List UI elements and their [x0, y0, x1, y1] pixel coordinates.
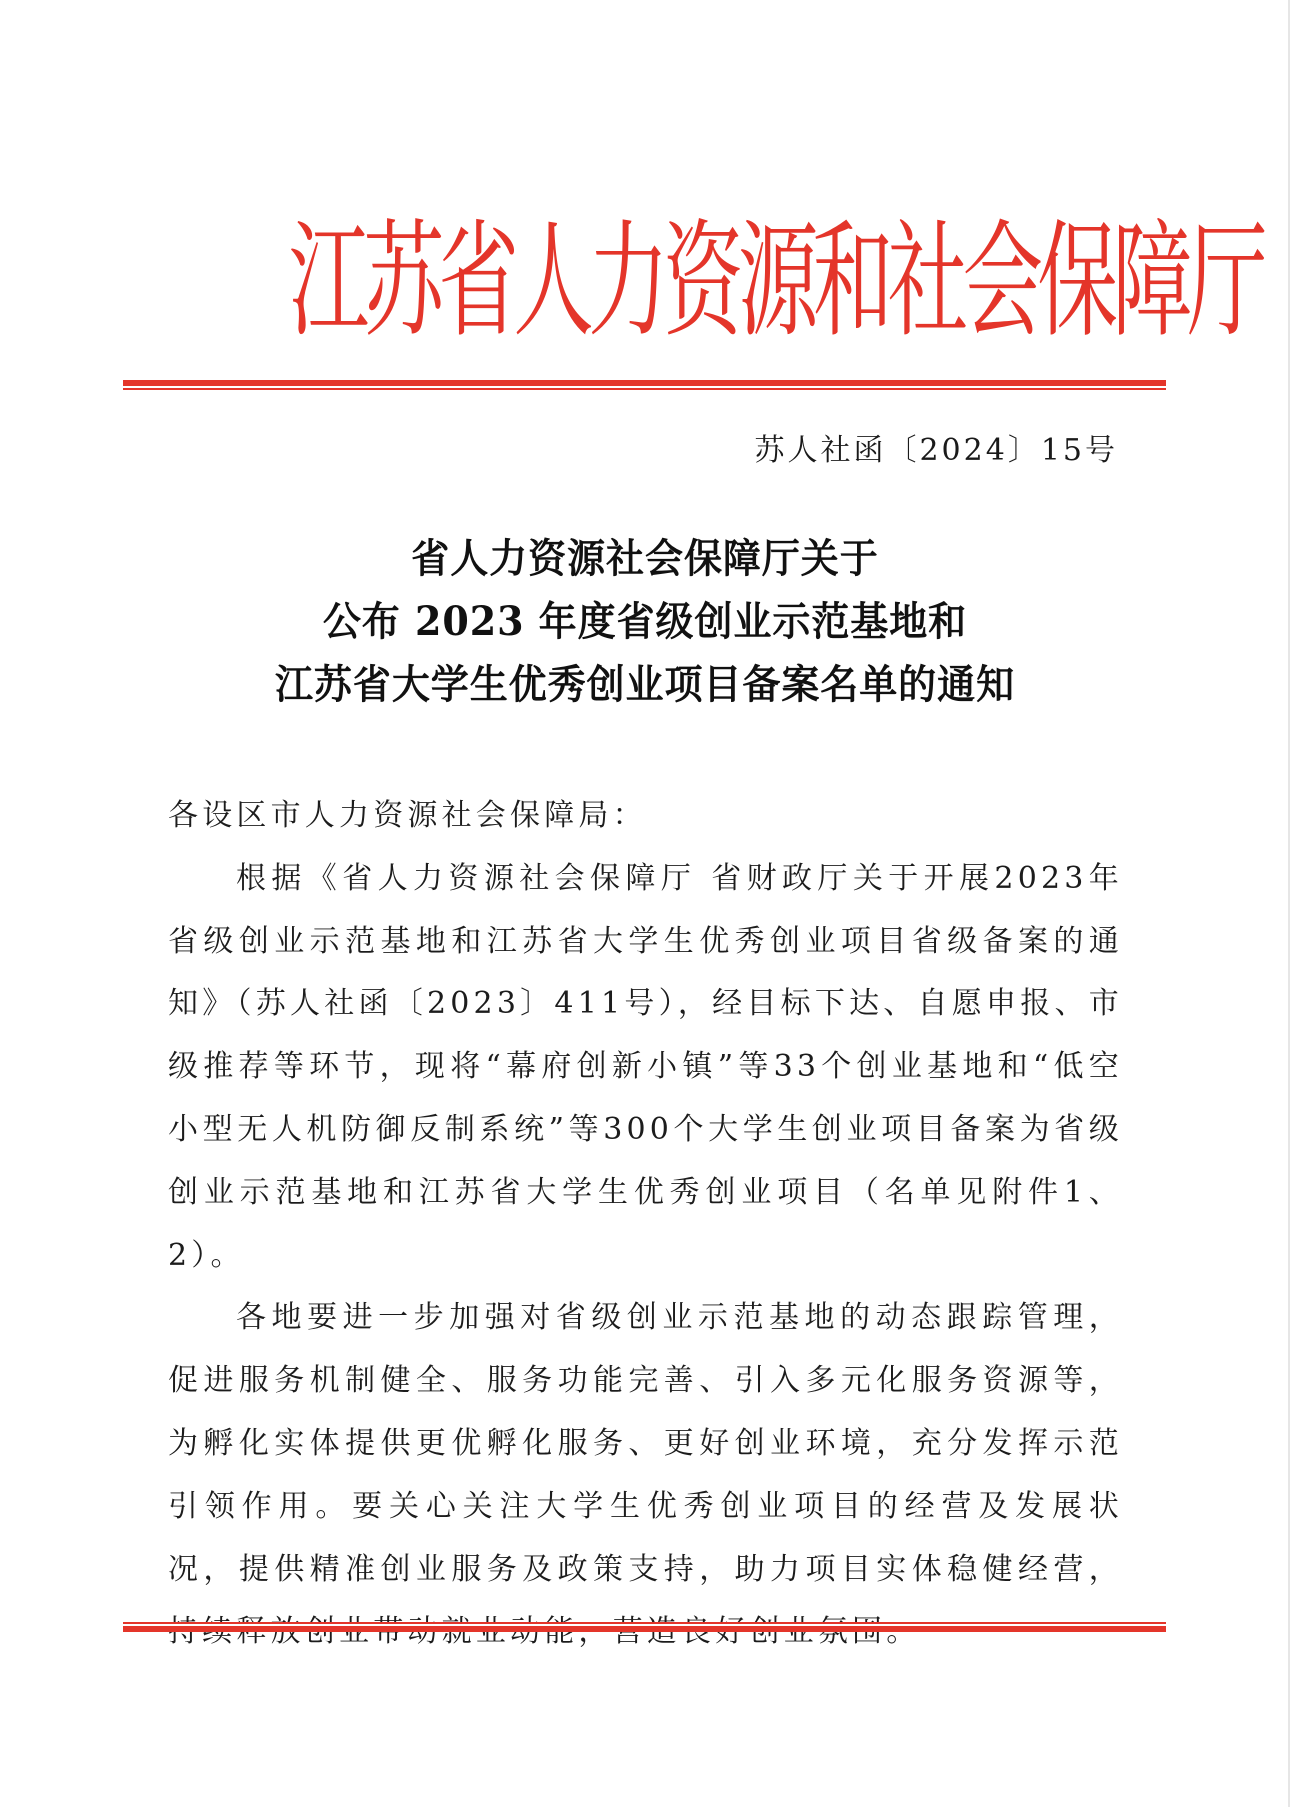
document-title: 省人力资源社会保障厅关于 公布 2023 年度省级创业示范基地和 江苏省大学生优… — [0, 527, 1290, 716]
title-line-3: 江苏省大学生优秀创业项目备案名单的通知 — [32, 653, 1258, 716]
red-rule-thick — [123, 1626, 1166, 1632]
body-paragraph-2: 各地要进一步加强对省级创业示范基地的动态跟踪管理，促进服务机制健全、服务功能完善… — [168, 1287, 1123, 1664]
masthead-red-rule — [123, 380, 1166, 390]
masthead: 江苏省人力资源和社会保障厅 — [150, 215, 1140, 350]
title-line-2: 公布 2023 年度省级创业示范基地和 — [32, 590, 1258, 653]
document-body: 各设区市人力资源社会保障局： 根据《省人力资源社会保障厅 省财政厅关于开展202… — [168, 785, 1123, 1664]
footer-red-rule — [123, 1622, 1166, 1632]
title-line-1: 省人力资源社会保障厅关于 — [32, 527, 1258, 590]
body-paragraph-1: 根据《省人力资源社会保障厅 省财政厅关于开展2023年省级创业示范基地和江苏省大… — [168, 848, 1123, 1288]
masthead-org-name: 江苏省人力资源和社会保障厅 — [289, 207, 1002, 358]
document-number: 苏人社函〔2024〕15号 — [754, 425, 1118, 469]
red-rule-thin — [123, 388, 1166, 390]
salutation: 各设区市人力资源社会保障局： — [168, 785, 1123, 848]
